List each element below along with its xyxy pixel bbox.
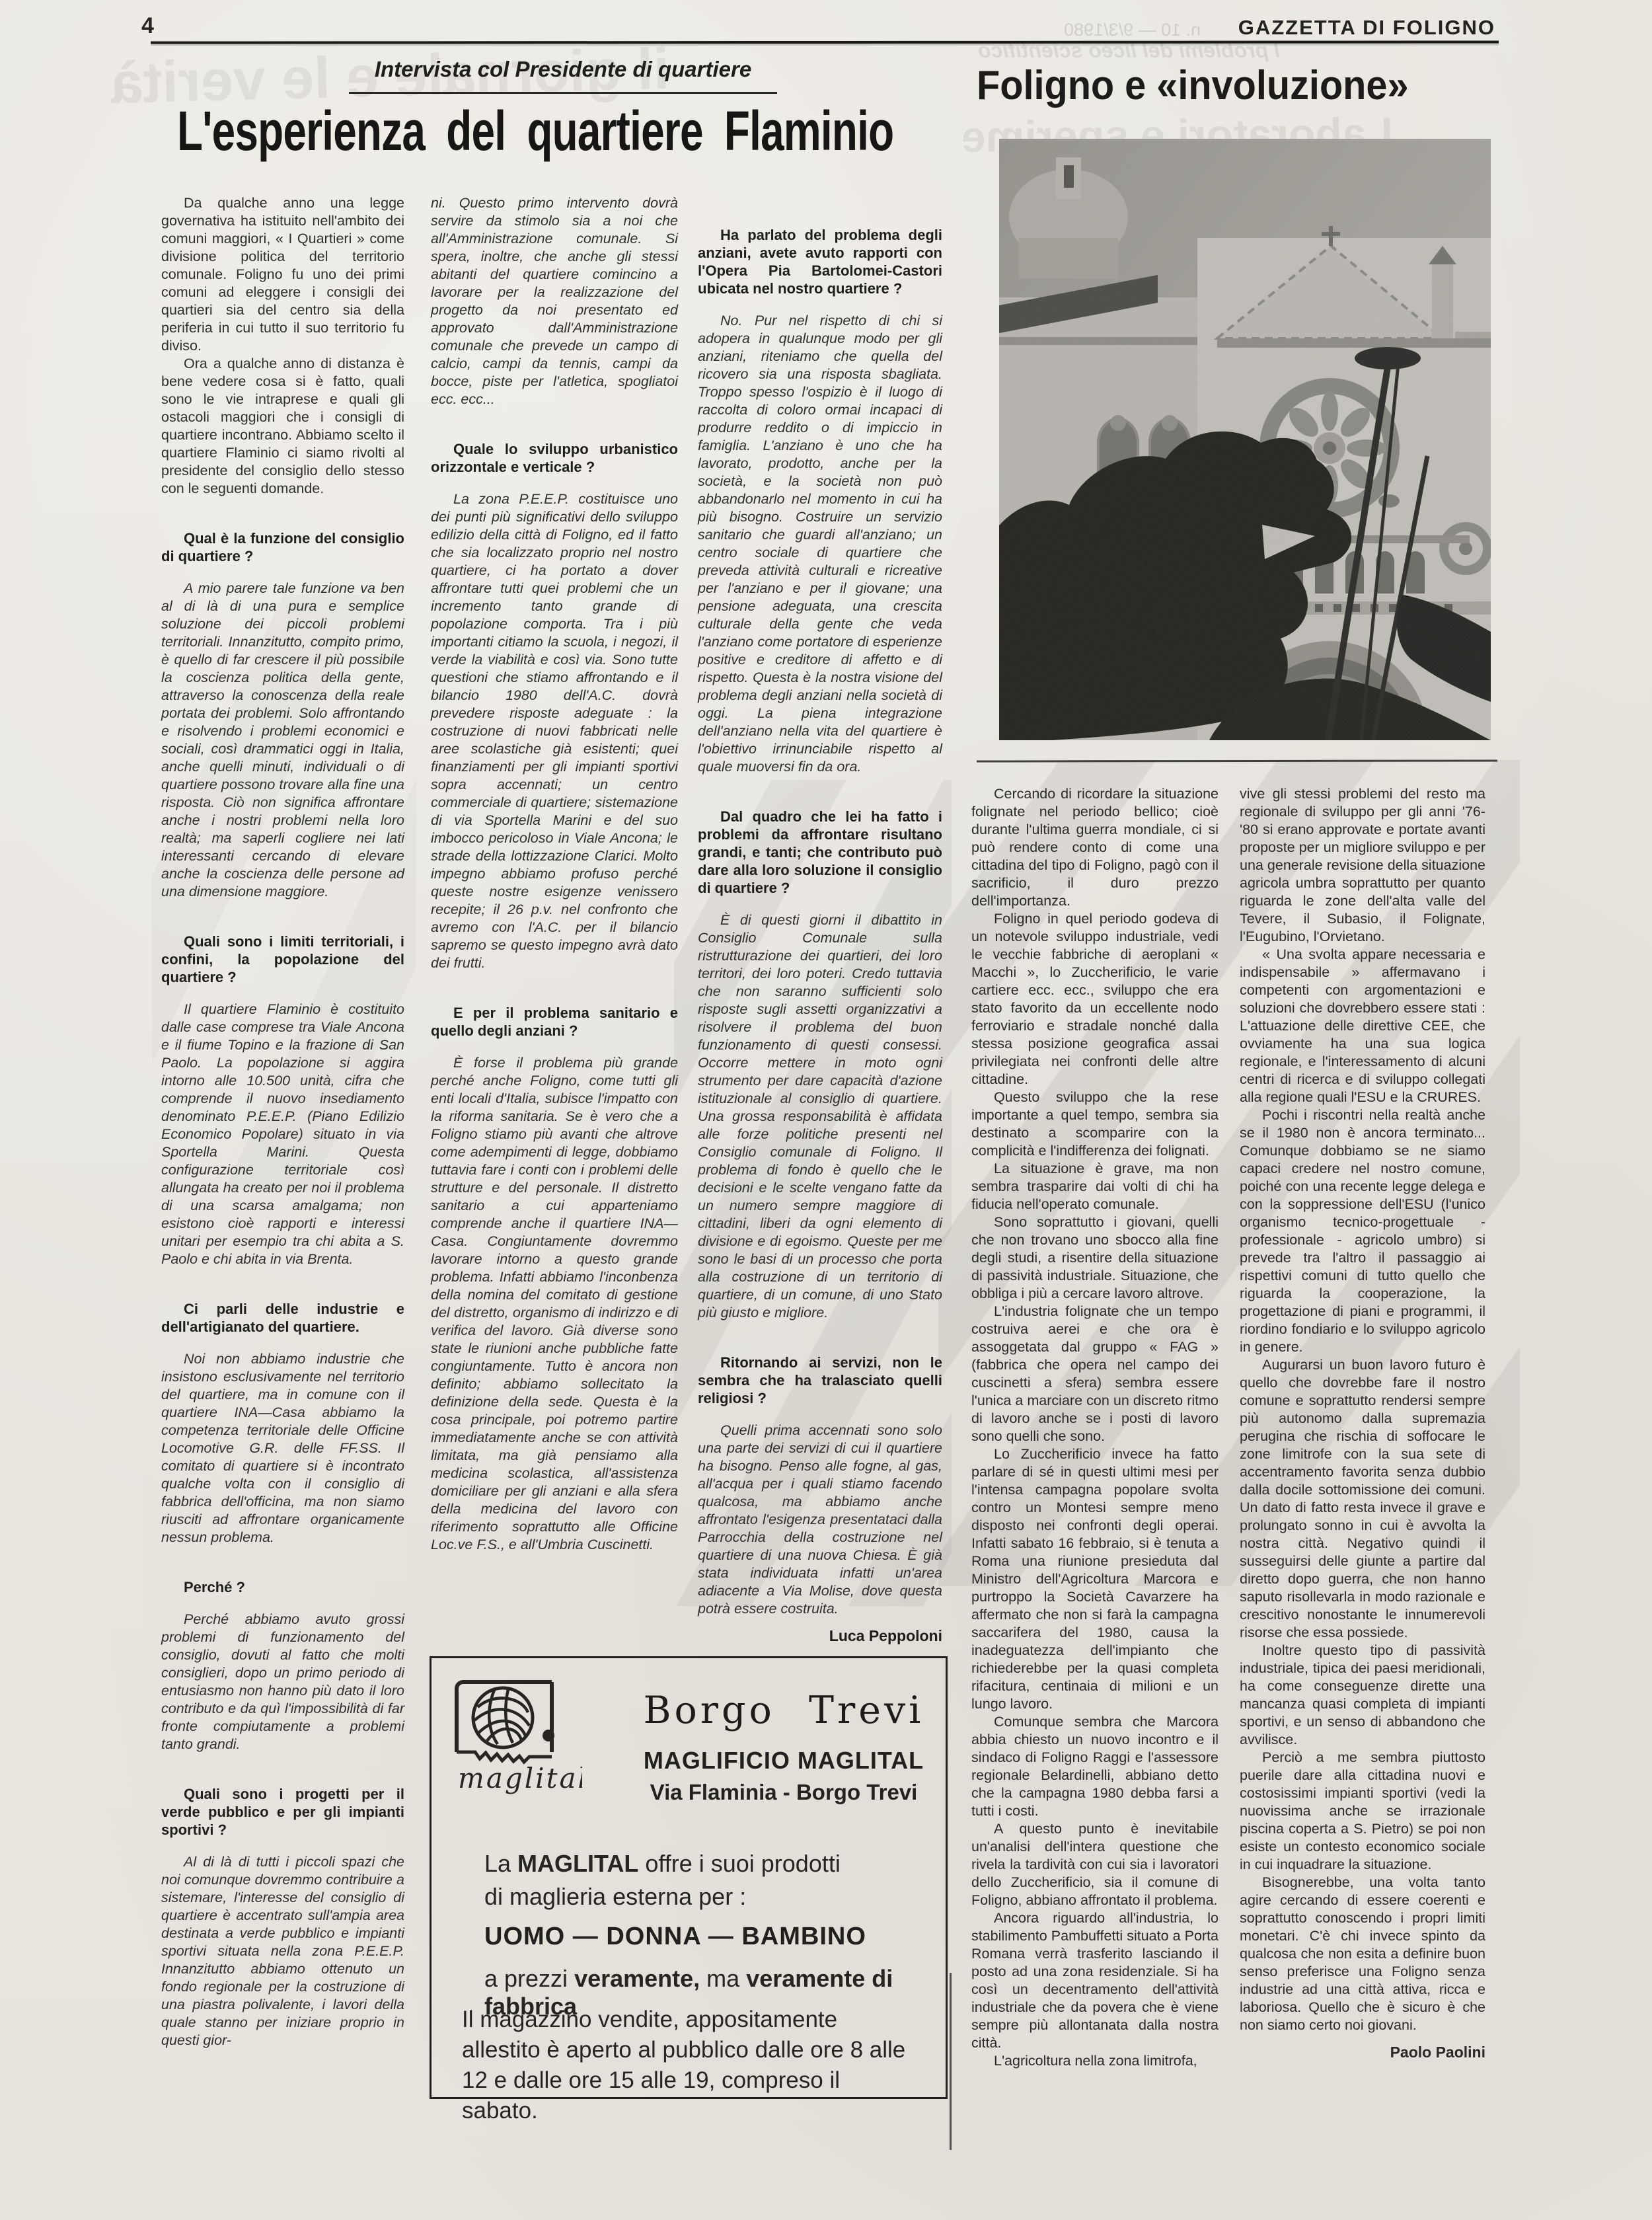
maglital-logo-script: maglital [458,1762,582,1794]
maglital-advertisement: maglital Borgo Trevi MAGLIFICIO MAGLITAL… [430,1656,948,2099]
involution-column-2: vive gli stessi problemi del resto ma re… [1240,785,1485,2061]
paragraph: Pochi i riscontri nella realtà anche se … [1240,1106,1485,1356]
paragraph: Foligno in quel periodo godeva di un not… [971,910,1219,1089]
paragraph: Bisognerebbe, una volta tanto agire cerc… [1240,1874,1485,2034]
answer-paragraph: Il quartiere Flaminio è costituito dalle… [161,1001,404,1268]
interview-column-3: Ha parlato del problema degli anziani, a… [698,194,942,1645]
interview-column-2: ni. Questo primo intervento dovrà servir… [431,194,678,1554]
paragraph: Inoltre questo tipo di passività industr… [1240,1642,1485,1749]
question-heading: Dal quadro che lei ha fatto i problemi d… [698,808,942,897]
paragraph: Perciò a me sembra piuttosto puerile dar… [1240,1749,1485,1874]
question-heading: Ha parlato del problema degli anziani, a… [698,226,942,297]
ad-text-segment: veramente, [574,1965,700,1992]
question-heading: Qual è la funzione del consiglio di quar… [161,529,404,565]
answer-paragraph: È forse il problema più grande perché an… [431,1054,678,1554]
ad-text-segment: a prezzi [484,1965,574,1992]
paragraph: Da qualche anno una legge governativa ha… [161,194,404,355]
involution-headline: Foligno e «involuzione» [977,62,1409,109]
ghost-bleed-text: n. 10 — 9/3/1980 [1064,20,1201,40]
ad-offer-line-2: di maglieria esterna per : [484,1880,841,1913]
ad-address: Via Flaminia - Borgo Trevi [630,1780,938,1805]
paragraph: Ancora riguardo all'industria, lo stabil… [971,1909,1219,2052]
interview-title: L'esperienza del quartiere Flaminio [177,99,893,163]
ad-targets: UOMO — DONNA — BAMBINO [484,1923,866,1951]
paragraph: vive gli stessi problemi del resto ma re… [1240,785,1485,946]
ad-text-segment: La [484,1850,517,1877]
question-heading: Perché ? [161,1578,404,1596]
answer-paragraph: Al di là di tutti i piccoli spazi che no… [161,1853,404,2049]
newspaper-page: il giornale e le verità I problemi del l… [0,0,1652,2220]
masthead: GAZZETTA DI FOLIGNO [1238,16,1495,40]
paragraph: L'agricoltura nella zona limitrofa, [971,2052,1219,2070]
ad-text-segment: MAGLITAL [517,1850,638,1877]
photo-bottom-rule [977,759,1497,762]
paragraph: « Una svolta appare necessaria e indispe… [1240,946,1485,1106]
paragraph: Ora a qualche anno di distanza è bene ve… [161,355,404,498]
signature: Paolo Paolini [1240,2044,1485,2061]
question-heading: Quali sono i progetti per il verde pubbl… [161,1785,404,1839]
paragraph: Sono soprattutto i giovani, quelli che n… [971,1213,1219,1303]
involution-column-1: Cercando di ricordare la situazione foli… [971,785,1219,2070]
answer-paragraph: No. Pur nel rispetto di chi si adopera i… [698,312,942,776]
paragraph: L'industria folignate che un tempo costr… [971,1303,1219,1445]
answer-paragraph: A mio parere tale funzione va ben al di … [161,580,404,901]
paragraph: A questo punto è inevitabile un'analisi … [971,1820,1219,1909]
answer-paragraph: È di questi giorni il dibattito in Consi… [698,911,942,1322]
answer-paragraph: ni. Questo primo intervento dovrà servir… [431,194,678,408]
paragraph: Augurarsi un buon lavoro futuro è quello… [1240,1356,1485,1642]
question-heading: Ci parli delle industrie e dell'artigian… [161,1300,404,1336]
ad-offer-line-1: La MAGLITAL offre i suoi prodotti [484,1847,841,1880]
answer-paragraph: Noi non abbiamo industrie che insistono … [161,1350,404,1547]
ad-text-segment: ma [700,1965,746,1992]
header-rule [151,40,1499,44]
paragraph: Comunque sembra che Marcora abbia chiest… [971,1713,1219,1820]
question-heading: Quali sono i limiti territoriali, i conf… [161,933,404,986]
maglital-logo: maglital [447,1674,582,1800]
interview-kicker: Intervista col Presidente di quartiere [349,57,777,94]
column-separator-rule [950,1973,952,2150]
answer-paragraph: Quelli prima accennati sono solo una par… [698,1422,942,1618]
page-number: 4 [141,13,154,39]
paragraph: Cercando di ricordare la situazione foli… [971,785,1219,910]
ad-text-segment: offre i suoi prodotti [638,1850,841,1877]
ad-hours: Il magazzino vendite, appositamente alle… [462,2005,919,2126]
paragraph: La situazione è grave, ma non sembra tra… [971,1160,1219,1213]
paragraph: Lo Zuccherificio invece ha fatto parlare… [971,1445,1219,1713]
church-photo [999,139,1491,740]
ad-company-name: MAGLIFICIO MAGLITAL [630,1747,938,1775]
answer-paragraph: Perché abbiamo avuto grossi problemi di … [161,1611,404,1753]
paragraph: Questo sviluppo che la rese importante a… [971,1089,1219,1160]
interview-column-1: Da qualche anno una legge governativa ha… [161,194,404,2049]
answer-paragraph: La zona P.E.E.P. costituisce uno dei pun… [431,490,678,972]
question-heading: Ritornando ai servizi, non le sembra che… [698,1354,942,1407]
ad-offer-text: La MAGLITAL offre i suoi prodotti di mag… [484,1847,841,1913]
signature: Luca Peppoloni [698,1627,942,1645]
question-heading: Quale lo sviluppo urbanistico orizzontal… [431,440,678,476]
question-heading: E per il problema sanitario e quello deg… [431,1004,678,1040]
ad-place-title: Borgo Trevi [630,1689,938,1732]
